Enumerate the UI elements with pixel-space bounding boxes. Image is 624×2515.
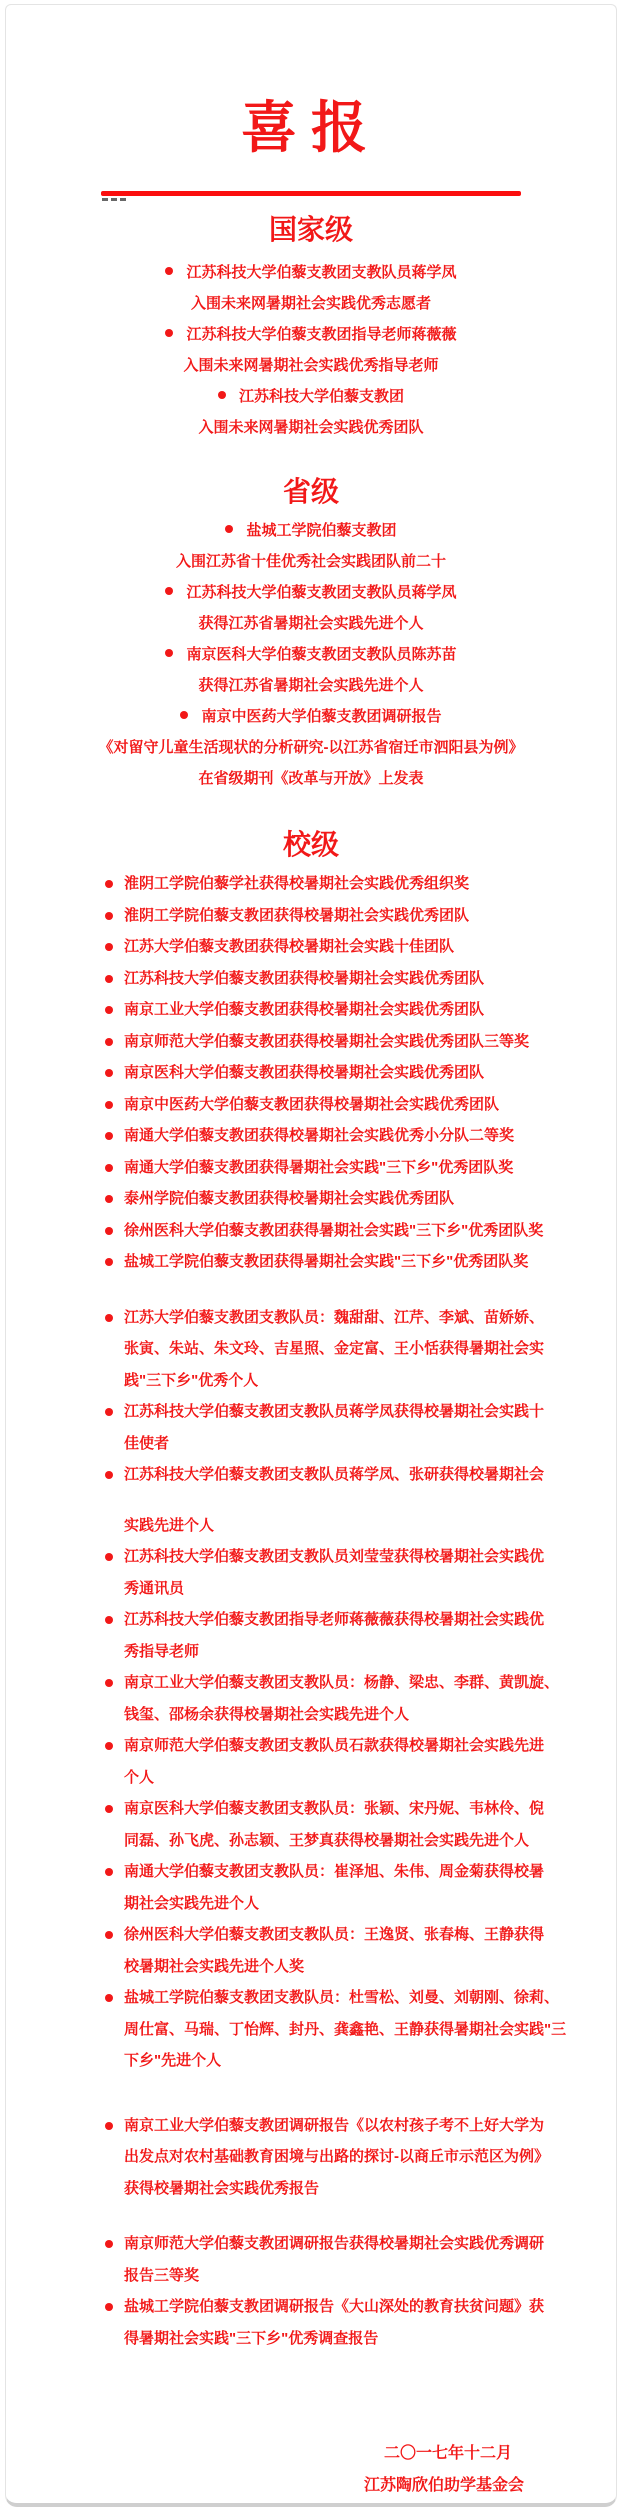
title-divider: [101, 191, 521, 196]
award-line: 江苏科技大学伯藜支教团支教队员蒋学凤: [6, 257, 616, 288]
award-item: 江苏科技大学伯藜支教团指导老师蒋薇薇获得校暑期社会实践优秀指导老师: [105, 1604, 616, 1667]
award-item: 江苏大学伯藜支教团支教队员：魏甜甜、江芹、李斌、苗娇娇、张寅、朱站、朱文玲、吉星…: [105, 1302, 616, 1397]
award-item: 江苏大学伯藜支教团获得校暑期社会实践十佳团队: [105, 931, 616, 963]
award-line: 南通大学伯藜支教团支教队员：崔泽旭、朱伟、周金菊获得校暑: [124, 1856, 616, 1888]
award-line: 期社会实践先进个人: [124, 1888, 616, 1920]
award-line: 获得江苏省暑期社会实践先进个人: [6, 670, 616, 701]
award-item: 南京师范大学伯藜支教团调研报告获得校暑期社会实践优秀调研报告三等奖: [105, 2228, 616, 2291]
award-line: 南通大学伯藜支教团获得校暑期社会实践优秀小分队二等奖: [124, 1120, 616, 1152]
award-line: 盐城工学院伯藜支教团获得暑期社会实践"三下乡"优秀团队奖: [124, 1246, 616, 1278]
award-line: 南京医科大学伯藜支教团支教队员陈苏苗: [6, 639, 616, 670]
award-item: 江苏科技大学伯藜支教团支教队员刘莹莹获得校暑期社会实践优秀通讯员: [105, 1541, 616, 1604]
bullet-icon: [180, 711, 188, 719]
award-line: 实践先进个人: [124, 1510, 616, 1542]
award-line: 入围未来网暑期社会实践优秀志愿者: [6, 288, 616, 319]
award-line: 江苏科技大学伯藜支教团: [6, 381, 616, 412]
award-item: 南京师范大学伯藜支教团获得校暑期社会实践优秀团队三等奖: [105, 1026, 616, 1058]
bullet-icon: [165, 587, 173, 595]
award-line: 佳使者: [124, 1428, 616, 1460]
award-line: 入围未来网暑期社会实践优秀团队: [6, 412, 616, 443]
bullet-icon: [105, 1616, 113, 1624]
award-line: 江苏大学伯藜支教团支教队员：魏甜甜、江芹、李斌、苗娇娇、: [124, 1302, 616, 1334]
bullet-icon: [105, 1069, 113, 1077]
award-line-text: 江苏科技大学伯藜支教团支教队员蒋学凤: [186, 264, 456, 281]
award-line: 南京工业大学伯藜支教团支教队员：杨静、梁忠、李群、黄凯旋、: [124, 1667, 616, 1699]
bullet-icon: [218, 391, 226, 399]
award-item: 徐州医科大学伯藜支教团获得暑期社会实践"三下乡"优秀团队奖: [105, 1215, 616, 1247]
award-item: 江苏科技大学伯藜支教团入围未来网暑期社会实践优秀团队: [6, 381, 616, 443]
award-item: 盐城工学院伯藜支教团支教队员：杜雪松、刘曼、刘朝刚、徐莉、周仕富、马瑞、丁怡辉、…: [105, 1982, 616, 2077]
bullet-icon: [105, 2240, 113, 2248]
report-title: 喜报: [6, 5, 616, 167]
award-group-report-1: 南京工业大学伯藜支教团调研报告《以农村孩子考不上好大学为出发点对农村基础教育困境…: [105, 2110, 616, 2205]
award-item: 南京医科大学伯藜支教团获得校暑期社会实践优秀团队: [105, 1057, 616, 1089]
award-line-text: 盐城工学院伯藜支教团: [246, 522, 396, 539]
bullet-icon: [105, 1006, 113, 1014]
award-line: 盐城工学院伯藜支教团: [6, 515, 616, 546]
award-item: 南京工业大学伯藜支教团获得校暑期社会实践优秀团队: [105, 994, 616, 1026]
bullet-icon: [105, 2303, 113, 2311]
bullet-icon: [105, 1195, 113, 1203]
award-line: 周仕富、马瑞、丁怡辉、封丹、龚鑫艳、王静获得暑期社会实践"三: [124, 2014, 616, 2046]
award-item: 淮阴工学院伯藜学社获得校暑期社会实践优秀组织奖: [105, 868, 616, 900]
section-school: 校级淮阴工学院伯藜学社获得校暑期社会实践优秀组织奖淮阴工学院伯藜支教团获得校暑期…: [6, 828, 616, 2354]
award-line-text: 获得江苏省暑期社会实践先进个人: [198, 615, 423, 632]
bullet-icon: [105, 880, 113, 888]
award-line: 在省级期刊《改革与开放》上发表: [6, 763, 616, 794]
award-item: 南通大学伯藜支教团支教队员：崔泽旭、朱伟、周金菊获得校暑期社会实践先进个人: [105, 1856, 616, 1919]
bullet-icon: [165, 267, 173, 275]
award-line: 校暑期社会实践先进个人奖: [124, 1951, 616, 1983]
award-line: 南京工业大学伯藜支教团获得校暑期社会实践优秀团队: [124, 994, 616, 1026]
section-heading-national: 国家级: [6, 213, 616, 249]
bullet-icon: [105, 1038, 113, 1046]
award-line: 盐城工学院伯藜支教团调研报告《大山深处的教育扶贫问题》获: [124, 2291, 616, 2323]
bullet-icon: [105, 1314, 113, 1322]
footer: 二〇一七年十二月 江苏陶欣伯助学基金会: [6, 2438, 616, 2502]
bullet-icon: [105, 1868, 113, 1876]
page-card: 喜报 国家级江苏科技大学伯藜支教团支教队员蒋学凤入围未来网暑期社会实践优秀志愿者…: [5, 4, 617, 2507]
award-item: 江苏科技大学伯藜支教团指导老师蒋薇薇入围未来网暑期社会实践优秀指导老师: [6, 319, 616, 381]
award-line-text: 入围未来网暑期社会实践优秀指导老师: [183, 357, 438, 374]
award-line: 江苏科技大学伯藜支教团支教队员刘莹莹获得校暑期社会实践优: [124, 1541, 616, 1573]
award-item: 南京医科大学伯藜支教团支教队员陈苏苗获得江苏省暑期社会实践先进个人: [6, 639, 616, 701]
award-item: 南京师范大学伯藜支教团支教队员石款获得校暑期社会实践先进个人: [105, 1730, 616, 1793]
award-group-individuals: 江苏大学伯藜支教团支教队员：魏甜甜、江芹、李斌、苗娇娇、张寅、朱站、朱文玲、吉星…: [105, 1302, 616, 2077]
award-line-text: 入围江苏省十佳优秀社会实践团队前二十: [176, 553, 446, 570]
award-item: 盐城工学院伯藜支教团入围江苏省十佳优秀社会实践团队前二十: [6, 515, 616, 577]
award-item: 江苏科技大学伯藜支教团获得校暑期社会实践优秀团队: [105, 963, 616, 995]
award-line: 秀指导老师: [124, 1636, 616, 1668]
award-item: 淮阴工学院伯藜支教团获得校暑期社会实践优秀团队: [105, 900, 616, 932]
award-line: 个人: [124, 1762, 616, 1794]
award-line-text: 江苏科技大学伯藜支教团支教队员蒋学凤: [186, 584, 456, 601]
award-item: 江苏科技大学伯藜支教团支教队员蒋学凤、张研获得校暑期社会实践先进个人: [105, 1459, 616, 1541]
award-line-text: 入围未来网暑期社会实践优秀志愿者: [191, 295, 431, 312]
award-item: 南京中医药大学伯藜支教团调研报告《对留守儿童生活现状的分析研究-以江苏省宿迁市泗…: [6, 701, 616, 794]
award-item: 江苏科技大学伯藜支教团支教队员蒋学凤入围未来网暑期社会实践优秀志愿者: [6, 257, 616, 319]
award-line-text: 《对留守儿童生活现状的分析研究-以江苏省宿迁市泗阳县为例》: [99, 739, 524, 756]
award-line-text: 江苏科技大学伯藜支教团指导老师蒋薇薇: [186, 326, 456, 343]
award-line: 出发点对农村基础教育困境与出路的探讨-以商丘市示范区为例》: [124, 2141, 616, 2173]
award-line: 江苏科技大学伯藜支教团指导老师蒋薇薇获得校暑期社会实践优: [124, 1604, 616, 1636]
award-line: 淮阴工学院伯藜学社获得校暑期社会实践优秀组织奖: [124, 868, 616, 900]
award-item: 盐城工学院伯藜支教团获得暑期社会实践"三下乡"优秀团队奖: [105, 1246, 616, 1278]
bullet-icon: [105, 1258, 113, 1266]
bullet-icon: [105, 1805, 113, 1813]
bullet-icon: [165, 329, 173, 337]
award-line-text: 获得江苏省暑期社会实践先进个人: [198, 677, 423, 694]
award-line: 南京中医药大学伯藜支教团获得校暑期社会实践优秀团队: [124, 1089, 616, 1121]
bullet-icon: [105, 1994, 113, 2002]
award-line: 南京工业大学伯藜支教团调研报告《以农村孩子考不上好大学为: [124, 2110, 616, 2142]
award-line: 南京师范大学伯藜支教团调研报告获得校暑期社会实践优秀调研: [124, 2228, 616, 2260]
section-national: 国家级江苏科技大学伯藜支教团支教队员蒋学凤入围未来网暑期社会实践优秀志愿者江苏科…: [6, 213, 616, 443]
bullet-icon: [105, 1553, 113, 1561]
award-line: 江苏科技大学伯藜支教团指导老师蒋薇薇: [6, 319, 616, 350]
section-provincial: 省级盐城工学院伯藜支教团入围江苏省十佳优秀社会实践团队前二十江苏科技大学伯藜支教…: [6, 475, 616, 794]
bullet-icon: [105, 1101, 113, 1109]
bullet-icon: [105, 1164, 113, 1172]
bullet-icon: [105, 1742, 113, 1750]
bullet-icon: [165, 649, 173, 657]
award-line: 入围江苏省十佳优秀社会实践团队前二十: [6, 546, 616, 577]
award-line: 泰州学院伯藜支教团获得校暑期社会实践优秀团队: [124, 1183, 616, 1215]
bullet-icon: [105, 1931, 113, 1939]
bullet-icon: [105, 943, 113, 951]
bullet-icon: [105, 912, 113, 920]
award-line-text: 江苏科技大学伯藜支教团: [239, 388, 404, 405]
award-group-reports-2: 南京师范大学伯藜支教团调研报告获得校暑期社会实践优秀调研报告三等奖盐城工学院伯藜…: [105, 2228, 616, 2354]
award-line: 江苏大学伯藜支教团获得校暑期社会实践十佳团队: [124, 931, 616, 963]
award-item: 江苏科技大学伯藜支教团支教队员蒋学凤获得校暑期社会实践十佳使者: [105, 1396, 616, 1459]
award-item: 泰州学院伯藜支教团获得校暑期社会实践优秀团队: [105, 1183, 616, 1215]
footer-date: 二〇一七年十二月: [6, 2438, 524, 2470]
award-group-teams: 淮阴工学院伯藜学社获得校暑期社会实践优秀组织奖淮阴工学院伯藜支教团获得校暑期社会…: [105, 868, 616, 1278]
award-line: 南京医科大学伯藜支教团获得校暑期社会实践优秀团队: [124, 1057, 616, 1089]
award-line: 江苏科技大学伯藜支教团支教队员蒋学凤获得校暑期社会实践十: [124, 1396, 616, 1428]
award-line: 南京医科大学伯藜支教团支教队员：张颖、宋丹妮、韦林伶、倪: [124, 1793, 616, 1825]
bullet-icon: [105, 1132, 113, 1140]
bullet-icon: [105, 1408, 113, 1416]
bullet-icon: [225, 525, 233, 533]
sections: 国家级江苏科技大学伯藜支教团支教队员蒋学凤入围未来网暑期社会实践优秀志愿者江苏科…: [6, 213, 616, 2354]
award-line: 徐州医科大学伯藜支教团支教队员：王逸贤、张春梅、王静获得: [124, 1919, 616, 1951]
award-line: 江苏科技大学伯藜支教团支教队员蒋学凤、张研获得校暑期社会: [124, 1459, 616, 1491]
bullet-icon: [105, 1471, 113, 1479]
award-line: 报告三等奖: [124, 2260, 616, 2292]
award-line: 盐城工学院伯藜支教团支教队员：杜雪松、刘曼、刘朝刚、徐莉、: [124, 1982, 616, 2014]
award-line: 南京师范大学伯藜支教团支教队员石款获得校暑期社会实践先进: [124, 1730, 616, 1762]
award-line: 践"三下乡"优秀个人: [124, 1365, 616, 1397]
award-item: 南京中医药大学伯藜支教团获得校暑期社会实践优秀团队: [105, 1089, 616, 1121]
award-line: 同磊、孙飞虎、孙志颖、王梦真获得校暑期社会实践先进个人: [124, 1825, 616, 1857]
award-line: 得暑期社会实践"三下乡"优秀调查报告: [124, 2323, 616, 2355]
section-heading-school: 校级: [6, 828, 616, 864]
award-line: 秀通讯员: [124, 1573, 616, 1605]
award-line: 江苏科技大学伯藜支教团获得校暑期社会实践优秀团队: [124, 963, 616, 995]
award-line-text: 入围未来网暑期社会实践优秀团队: [198, 419, 423, 436]
award-line-text: 南京医科大学伯藜支教团支教队员陈苏苗: [186, 646, 456, 663]
award-item: 南京工业大学伯藜支教团支教队员：杨静、梁忠、李群、黄凯旋、钱玺、邵杨余获得校暑期…: [105, 1667, 616, 1730]
award-item: 盐城工学院伯藜支教团调研报告《大山深处的教育扶贫问题》获得暑期社会实践"三下乡"…: [105, 2291, 616, 2354]
award-line: 张寅、朱站、朱文玲、吉星照、金定富、王小恬获得暑期社会实: [124, 1333, 616, 1365]
award-line: 淮阴工学院伯藜支教团获得校暑期社会实践优秀团队: [124, 900, 616, 932]
award-line: 下乡"先进个人: [124, 2045, 616, 2077]
award-line: 钱玺、邵杨余获得校暑期社会实践先进个人: [124, 1699, 616, 1731]
award-item: 江苏科技大学伯藜支教团支教队员蒋学凤获得江苏省暑期社会实践先进个人: [6, 577, 616, 639]
bullet-icon: [105, 975, 113, 983]
award-line-text: 南京中医药大学伯藜支教团调研报告: [201, 708, 441, 725]
bullet-icon: [105, 1679, 113, 1687]
award-line: 南京中医药大学伯藜支教团调研报告: [6, 701, 616, 732]
section-heading-provincial: 省级: [6, 475, 616, 511]
award-line: 南通大学伯藜支教团获得暑期社会实践"三下乡"优秀团队奖: [124, 1152, 616, 1184]
award-line: 获得江苏省暑期社会实践先进个人: [6, 608, 616, 639]
award-line: 南京师范大学伯藜支教团获得校暑期社会实践优秀团队三等奖: [124, 1026, 616, 1058]
bullet-icon: [105, 1227, 113, 1235]
award-line: 《对留守儿童生活现状的分析研究-以江苏省宿迁市泗阳县为例》: [6, 732, 616, 763]
award-item: 南京医科大学伯藜支教团支教队员：张颖、宋丹妮、韦林伶、倪同磊、孙飞虎、孙志颖、王…: [105, 1793, 616, 1856]
award-item: 南通大学伯藜支教团获得暑期社会实践"三下乡"优秀团队奖: [105, 1152, 616, 1184]
award-item: 南京工业大学伯藜支教团调研报告《以农村孩子考不上好大学为出发点对农村基础教育困境…: [105, 2110, 616, 2205]
award-line: 入围未来网暑期社会实践优秀指导老师: [6, 350, 616, 381]
award-line: 获得校暑期社会实践优秀报告: [124, 2173, 616, 2205]
footer-org: 江苏陶欣伯助学基金会: [6, 2470, 524, 2502]
divider-smudge: [102, 198, 129, 201]
award-item: 徐州医科大学伯藜支教团支教队员：王逸贤、张春梅、王静获得校暑期社会实践先进个人奖: [105, 1919, 616, 1982]
award-item: 南通大学伯藜支教团获得校暑期社会实践优秀小分队二等奖: [105, 1120, 616, 1152]
award-line: 徐州医科大学伯藜支教团获得暑期社会实践"三下乡"优秀团队奖: [124, 1215, 616, 1247]
award-line: 江苏科技大学伯藜支教团支教队员蒋学凤: [6, 577, 616, 608]
award-line-text: 在省级期刊《改革与开放》上发表: [198, 770, 423, 787]
bullet-icon: [105, 2122, 113, 2130]
